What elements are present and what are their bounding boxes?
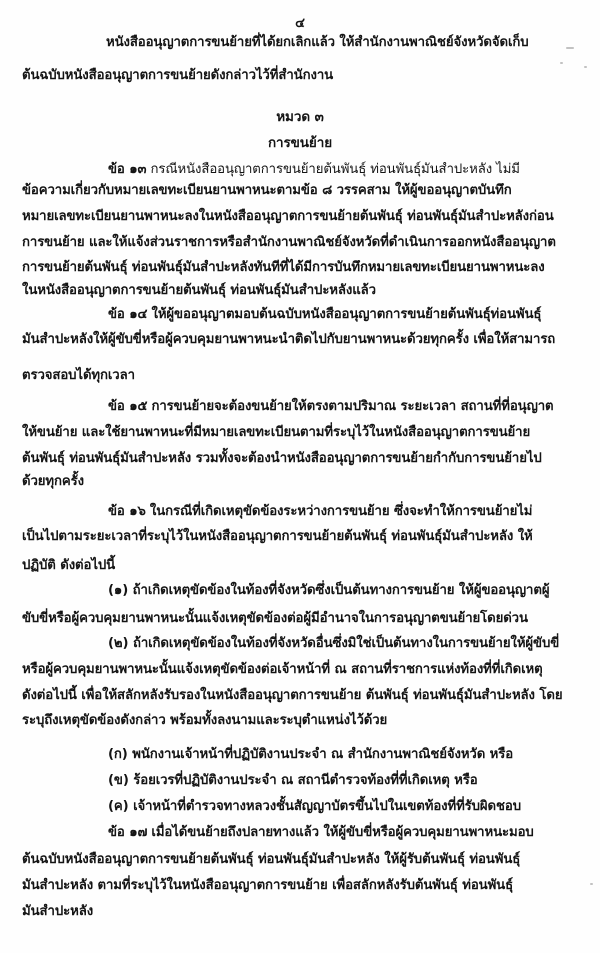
item-1-text-1: ถ้าเกิดเหตุขัดข้องในท้องที่จังหวัดซึ่งเป…: [133, 583, 550, 598]
clause-17-label: ข้อ ๑๗: [108, 825, 147, 840]
page-number: ๔: [0, 14, 600, 34]
clause-15-text-1: การขนย้ายจะต้องขนย้ายให้ตรงตามปริมาณ ระย…: [151, 399, 553, 414]
clause-13-text-4: การขนย้าย และให้แจ้งส่วนราชการหรือสำนักง…: [22, 233, 556, 253]
clause-13-text-2: ข้อความเกี่ยวกับหมายเลขทะเบียนยานพาหนะตา…: [22, 181, 512, 201]
subitem-kho: (ข) ร้อยเวรที่ปฏิบัติงานประจำ ณ สถานีตำร…: [108, 771, 478, 791]
item-1-label: (๑): [108, 583, 128, 598]
item-2-text-3: ดังต่อไปนี้ เพื่อให้สลักหลังรับรองในหนัง…: [22, 686, 562, 706]
clause-15-label: ข้อ ๑๕: [108, 399, 147, 414]
clause-16-text-1: ในกรณีที่เกิดเหตุขัดข้องระหว่างการขนย้าย…: [150, 504, 533, 519]
clause-15-first-line: ข้อ ๑๕ การขนย้ายจะต้องขนย้ายให้ตรงตามปริ…: [108, 397, 553, 417]
item-2-text-2: หรือผู้ควบคุมยานพาหนะนั้นแจ้งเหตุขัดข้อง…: [22, 660, 543, 680]
clause-13-text-1: กรณีหนังสืออนุญาตการขนย้ายต้นพันธุ์ ท่อน…: [151, 162, 520, 177]
clause-14-first-line: ข้อ ๑๔ ให้ผู้ขออนุญาตมอบต้นฉบับหนังสืออน…: [108, 305, 541, 325]
clause-14-text-2: มันสำปะหลังให้ผู้ขับขี่หรือผู้ควบคุมยานพ…: [22, 330, 555, 350]
clause-17-text-2: ต้นฉบับหนังสืออนุญาตการขนย้ายต้นพันธุ์ ท…: [22, 850, 520, 870]
clause-16-item-1-first-line: (๑) ถ้าเกิดเหตุขัดข้องในท้องที่จังหวัดซึ…: [108, 581, 549, 601]
clause-13-text-6: ในหนังสืออนุญาตการขนย้ายต้นพันธุ์ ท่อนพั…: [22, 281, 376, 301]
item-2-text-1: ถ้าเกิดเหตุขัดข้องในท้องที่จังหวัดอื่นซึ…: [133, 636, 559, 651]
clause-17-text-1: เมื่อได้ขนย้ายถึงปลายทางแล้ว ให้ผู้ขับขี…: [151, 825, 533, 840]
item-2-text-4: ระบุถึงเหตุขัดข้องดังกล่าว พร้อมทั้งลงนา…: [22, 711, 387, 731]
intro-line-2: ต้นฉบับหนังสืออนุญาตการขนย้ายดังกล่าวไว้…: [22, 66, 333, 86]
item-2-label: (๒): [108, 636, 128, 651]
clause-16-text-3: ปฏิบัติ ดังต่อไปนี้: [22, 556, 115, 576]
scan-speck: [584, 66, 587, 68]
intro-line-1: หนังสืออนุญาตการขนย้ายที่ได้ยกเลิกแล้ว ใ…: [106, 33, 529, 53]
document-page: ๔ หนังสืออนุญาตการขนย้ายที่ได้ยกเลิกแล้ว…: [0, 0, 600, 953]
clause-17-first-line: ข้อ ๑๗ เมื่อได้ขนย้ายถึงปลายทางแล้ว ให้ผ…: [108, 823, 534, 843]
scan-speck: [590, 883, 593, 885]
chapter-title: หมวด ๓: [0, 107, 600, 127]
subitem-ko: (ก) พนักงานเจ้าหน้าที่ปฏิบัติงานประจำ ณ …: [108, 745, 513, 765]
clause-17-text-3: มันสำปะหลัง ตามที่ระบุไว้ในหนังสืออนุญาต…: [22, 876, 513, 896]
chapter-subtitle: การขนย้าย: [0, 133, 600, 153]
clause-15-text-3: ต้นพันธุ์ ท่อนพันธุ์มันสำปะหลัง รวมทั้งจ…: [22, 449, 542, 469]
clause-16-first-line: ข้อ ๑๖ ในกรณีที่เกิดเหตุขัดข้องระหว่างกา…: [108, 502, 532, 522]
clause-16-text-2: เป็นไปตามระยะเวลาที่ระบุไว้ในหนังสืออนุญ…: [22, 527, 533, 547]
clause-13-label: ข้อ ๑๓: [108, 162, 146, 177]
clause-13-first-line: ข้อ ๑๓ กรณีหนังสืออนุญาตการขนย้ายต้นพันธ…: [108, 160, 520, 180]
clause-15-text-4: ด้วยทุกครั้ง: [22, 472, 84, 492]
clause-14-label: ข้อ ๑๔: [108, 307, 147, 322]
subitem-kho-khwai: (ค) เจ้าหน้าที่ตำรวจทางหลวงชั้นสัญญาบัตร…: [108, 797, 521, 817]
scan-speck: [566, 47, 574, 49]
clause-16-item-2-first-line: (๒) ถ้าเกิดเหตุขัดข้องในท้องที่จังหวัดอื…: [108, 634, 559, 654]
clause-16-label: ข้อ ๑๖: [108, 504, 146, 519]
item-1-text-2: ขับขี่หรือผู้ควบคุมยานพาหนะนั้นแจ้งเหตุข…: [22, 609, 528, 629]
clause-14-text-3: ตรวจสอบได้ทุกเวลา: [22, 366, 135, 386]
clause-13-text-5: การขนย้ายต้นพันธุ์ ท่อนพันธุ์มันสำปะหลัง…: [22, 258, 545, 278]
clause-15-text-2: ให้ขนย้าย และใช้ยานพาหนะที่มีหมายเลขทะเบ…: [22, 423, 530, 443]
scan-speck: [560, 62, 563, 64]
clause-17-text-4: มันสำปะหลัง: [22, 902, 93, 922]
clause-13-text-3: หมายเลขทะเบียนยานพาหนะลงในหนังสืออนุญาตก…: [22, 207, 554, 227]
clause-14-text-1: ให้ผู้ขออนุญาตมอบต้นฉบับหนังสืออนุญาตการ…: [151, 307, 541, 322]
